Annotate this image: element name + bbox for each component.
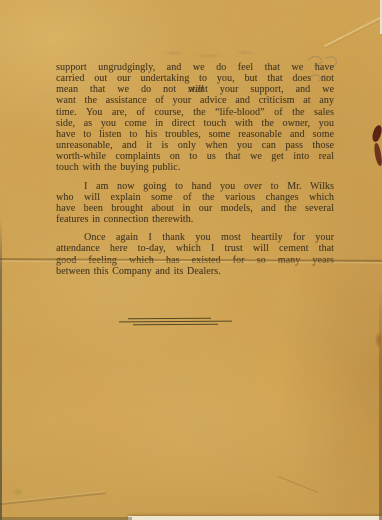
- divider-rule-bottom: [133, 324, 218, 326]
- text-line: want the assistance of your advice and c…: [56, 95, 334, 106]
- text-line: carried out our undertaking to you, but …: [56, 73, 334, 84]
- text-line: time. You are, of course, the “life-bloo…: [56, 107, 334, 118]
- divider-rule-middle: [119, 321, 232, 323]
- bottom-right-crease: [277, 476, 318, 494]
- red-ink-mark: [373, 143, 382, 167]
- red-ink-mark: [371, 124, 382, 142]
- text-line: attendance here to-day, which I trust wi…: [56, 243, 334, 254]
- text-line: support ungrudgingly, and we do feel tha…: [56, 62, 334, 73]
- text-line: who will explain some of the various cha…: [56, 192, 334, 203]
- divider-rule-top: [128, 318, 211, 320]
- right-edge-blotch: [375, 332, 382, 348]
- text-line: have to listen to his troubles, some rea…: [56, 129, 334, 140]
- paragraph: support ungrudgingly, and we do feel tha…: [56, 62, 334, 174]
- stain-spot: [13, 488, 23, 496]
- text-line: features in connection therewith.: [56, 214, 334, 225]
- paragraph: I am now going to hand you over to Mr. W…: [56, 181, 334, 226]
- letter-text-block: support ungrudgingly, and we do feel tha…: [56, 62, 334, 284]
- scanned-letter-page: support ungrudgingly, and we do feel tha…: [0, 0, 382, 520]
- text-line: I am now going to hand you over to Mr. W…: [56, 181, 334, 192]
- paragraph: Once again I thank you most heartily for…: [56, 232, 334, 277]
- text-line: between this Company and its Dealers.: [56, 266, 334, 277]
- text-line: touch with the buying public.: [56, 162, 334, 173]
- text-line: unreasonable, and it is only when you ca…: [56, 140, 334, 151]
- text-line: have been brought about in our models, a…: [56, 203, 334, 214]
- top-right-crease: [324, 0, 382, 47]
- left-scan-edge: [0, 218, 2, 520]
- bottom-scan-edge: [128, 516, 382, 520]
- text-line: worth-while complaints on to us that we …: [56, 151, 334, 162]
- ghost-print-smudge: [162, 48, 260, 61]
- text-line: mean that we do not still want your supp…: [56, 84, 334, 95]
- text-line: Once again I thank you most heartily for…: [56, 232, 334, 243]
- text-line: side, as you come in direct touch with t…: [56, 118, 334, 129]
